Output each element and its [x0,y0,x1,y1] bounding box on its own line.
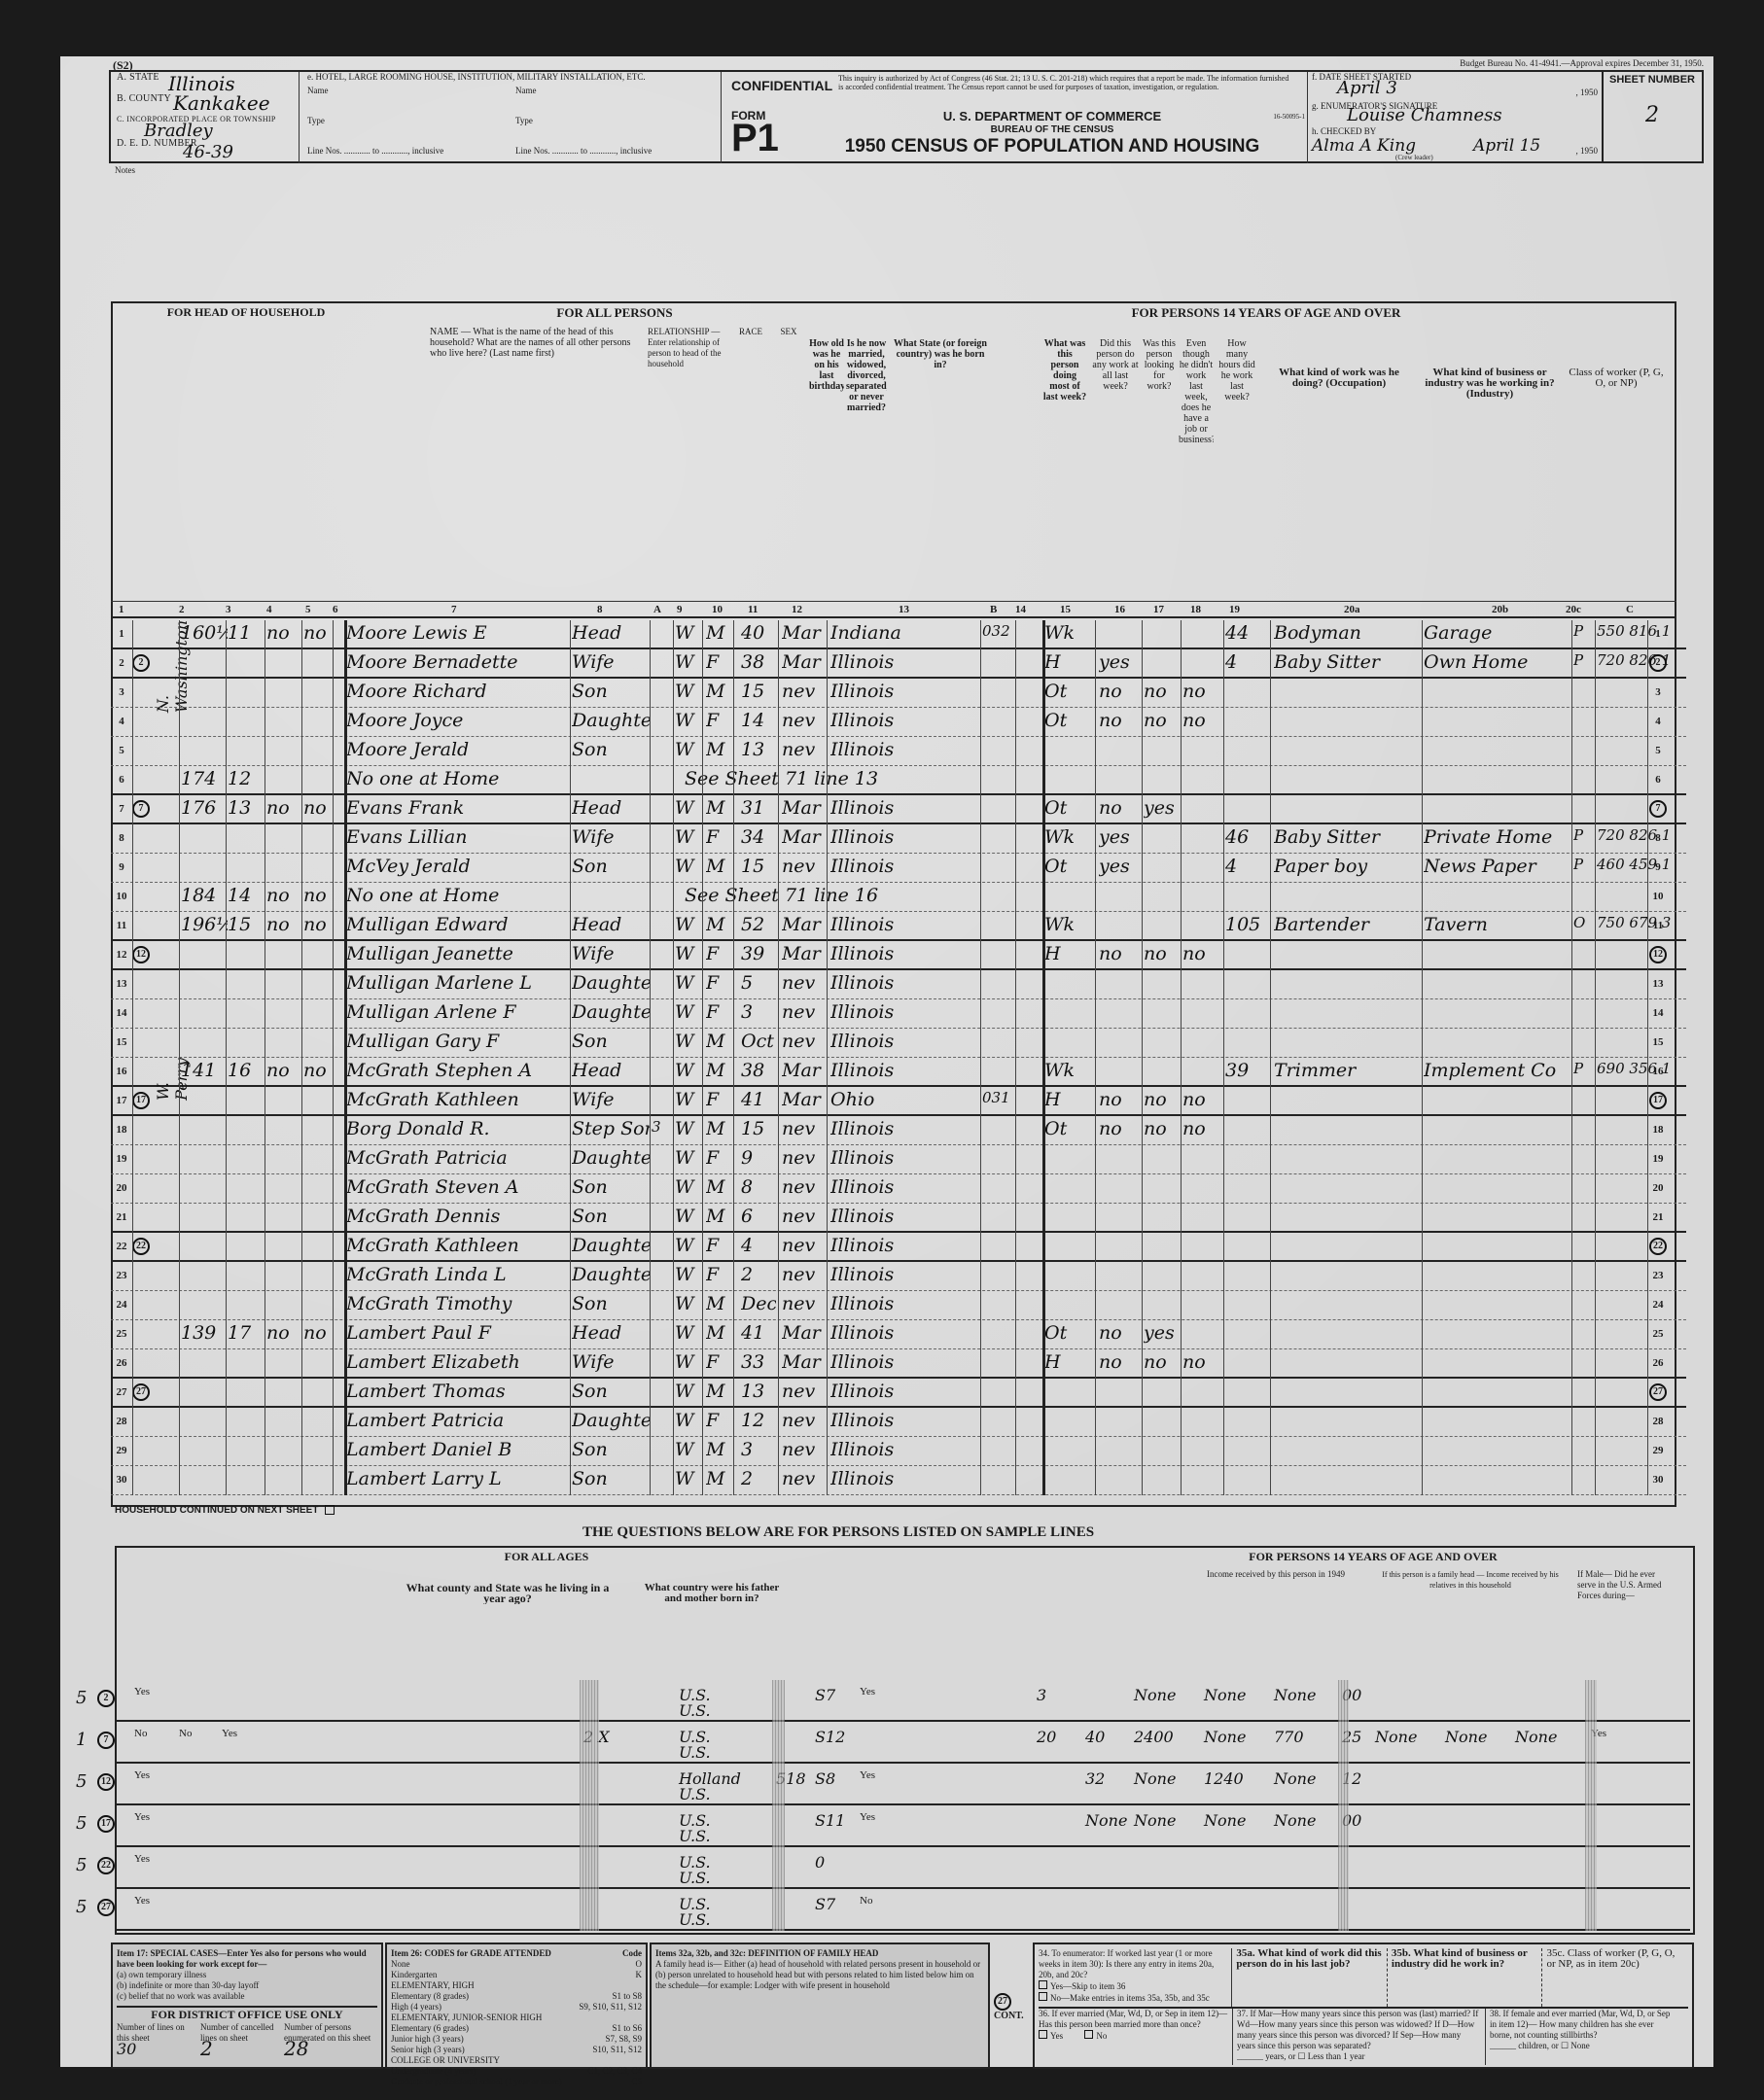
cell-sex: M [706,681,731,702]
sample-finished[interactable]: Yes [860,1686,899,1697]
sample-c21[interactable]: Yes [134,1686,173,1697]
cont-label: CONT. [994,2011,1024,2021]
margin-mark: 5 [76,1688,87,1708]
table-row: 2626Lambert ElizabethWifeWF33MarIllinois… [111,1349,1686,1379]
notes-label: Notes [115,165,135,175]
col-header-looking: Was this person looking for work? [1142,338,1177,392]
cell-race: W [675,856,700,877]
cell-race: W [675,1031,700,1052]
cell-activity: H [1044,1351,1091,1373]
section-head-of-household: FOR HEAD OF HOUSEHOLD [154,305,338,320]
line-number-right: 23 [1649,1270,1667,1281]
col-num-14: 14 [1015,604,1026,615]
cell-serial: 15 [228,914,261,935]
line-number: 22 [113,1241,130,1252]
cell-rel: Daughter [572,1147,650,1169]
cell-name: Moore Bernadette [346,651,570,673]
sample-finished[interactable]: Yes [860,1811,899,1823]
cell-name: Mulligan Edward [346,914,570,935]
family-head-box: Items 32a, 32b, and 32c: DEFINITION OF F… [650,1942,990,2069]
form-number: 16-50095-1 [1273,113,1305,121]
cell-race: W [675,1001,700,1023]
table-row: 77717613nonoEvans FrankHeadWM31MarIllino… [111,795,1686,824]
line-number: 1 [113,628,130,640]
grade-codes-title: Item 26: CODES for GRADE ATTENDED [391,1948,551,1959]
col-num-16: 16 [1114,604,1125,615]
cell-sex: M [706,914,731,935]
line-number: 29 [113,1445,130,1456]
cell-name: McGrath Kathleen [346,1235,570,1256]
grade-code-row: Elementary (6 grades)S1 to S6 [391,2023,642,2034]
grid-line [1015,620,1016,1495]
line-number-right: 14 [1649,1007,1667,1019]
institution-lines-label: Line Nos. ............ to ............, … [307,146,443,156]
cell-birthplace: Illinois [830,1176,976,1198]
grade-codes-list: NoneOKindergartenKELEMENTARY, HIGHElemen… [391,1959,642,2087]
cell-hours: 4 [1225,856,1268,877]
cell-birthplace: Illinois [830,681,976,702]
checked-label: h. CHECKED BY [1312,126,1376,136]
cell-birthplace: Illinois [830,1206,976,1227]
sample-c31c: None [1274,1769,1342,1788]
q36-text: 36. If ever married (Mar, Wd, D, or Sep … [1039,2009,1228,2030]
cell-marital: Mar [782,826,825,848]
sample-c31a: 2400 [1134,1728,1202,1746]
cell-industry: Implement Co [1424,1060,1570,1081]
cell-sex: M [706,622,731,644]
cell-rel: Wife [572,1351,650,1373]
col-header-sex: SEX [774,327,803,337]
line-number: 25 [113,1328,130,1340]
sample-line-marker: 27 [97,1899,115,1916]
cell-sex: F [706,826,731,848]
date-value: April 3 [1337,78,1397,98]
grid-line [132,620,133,1495]
sample-c32b: None [1445,1728,1513,1746]
sample-line-marker: 22 [132,1238,150,1255]
sample-grade: S12 [815,1728,854,1746]
county-value: Kankakee [173,91,270,115]
sample-c21[interactable]: Yes [134,1895,173,1907]
sample-line-marker: 22 [97,1857,115,1874]
q34-yes-option[interactable]: Yes—Skip to item 36 [1039,1980,1227,1992]
cell-age: 2 [741,1468,776,1489]
cell-worked: no [1099,710,1142,731]
leave-blank-shading [1585,1680,1597,1931]
line-number: 23 [113,1270,130,1281]
cell-sex: M [706,1176,731,1198]
sample-c31c: None [1274,1686,1342,1704]
line-number: 7 [113,803,130,815]
cell-activity: Wk [1044,826,1091,848]
q38-answer[interactable]: ______ children, or ☐ None [1490,2041,1676,2051]
grid-line [1571,620,1572,1495]
cell-age: 6 [741,1206,776,1227]
grid-line [1042,620,1045,1495]
table-row: 2929Lambert Daniel BSonWM3nevIllinois [111,1437,1686,1466]
sample-c31b: None [1204,1811,1272,1830]
cell-birthplace: Illinois [830,914,976,935]
grade-code-row: Junior high (3 years)S7, S8, S9 [391,2034,642,2045]
col-header-age: How old was he on his last birthday? [809,338,844,392]
col-header-marital: Is he now married, widowed, divorced, se… [846,338,887,413]
grade-code-row: KindergartenK [391,1970,642,1980]
confidential-text: This inquiry is authorized by Act of Con… [838,74,1295,91]
col-num-13: 13 [899,604,909,615]
cell-race: W [675,943,700,964]
cell-serial: 17 [228,1322,261,1344]
cell-acres: no [303,622,333,644]
cell-race: W [675,1351,700,1373]
cell-hours: 46 [1225,826,1268,848]
cell-race: W [675,1264,700,1285]
cell-rel: Daughter [572,1264,650,1285]
grid-line [827,620,828,1495]
cell-age: 38 [741,651,776,673]
cell-birthplace: Illinois [830,797,976,819]
sample-row: 17NoNoYes2 XU.S.S1220402400None77025None… [115,1722,1690,1764]
cell-marital: nev [782,1410,825,1431]
cell-sex: F [706,651,731,673]
cell-age: 12 [741,1410,776,1431]
cell-activity: Wk [1044,622,1091,644]
sample-line-marker: 7 [132,800,150,818]
col-num-12: 12 [792,604,802,615]
q34-no-option[interactable]: No—Make entries in items 35a, 35b, and 3… [1039,1992,1227,2004]
line-number: 17 [113,1095,130,1106]
grade-code-label: High (4 years) [391,2002,441,2012]
sample-grade: S7 [815,1895,854,1913]
col-header-activity: What was this person doing most of last … [1042,338,1087,402]
sample-row: 527YesU.S.S7NoU.S. [115,1889,1690,1931]
cell-acres: no [303,885,333,906]
leave-blank-shading [580,1680,599,1931]
cell-birthplace: Illinois [830,856,976,877]
q36-no-option[interactable]: No [1084,2031,1107,2041]
cell-rel: Son [572,1206,650,1227]
cell-name: No one at Home [346,768,570,789]
grid-line [179,620,180,1495]
special-case-c: (c) belief that no work was available [117,1991,377,2002]
line-number: 14 [113,1007,130,1019]
grade-code-value: O [636,1959,643,1970]
lines-count-value: 30 [117,2044,194,2054]
cell-has-job: no [1182,1118,1221,1139]
line-number-right: 26 [1649,1357,1667,1369]
grade-code-row: NoneO [391,1959,642,1970]
cell-name: Mulligan Gary F [346,1031,570,1052]
sample-line-marker: 7 [97,1732,115,1749]
cell-rel: Son [572,856,650,877]
institution-type-label: Type [307,116,325,125]
grade-code-row: COLLEGE OR UNIVERSITY [391,2055,642,2066]
cell-age: 41 [741,1322,776,1344]
line-number: 4 [113,716,130,727]
cell-age: 15 [741,856,776,877]
cell-looking: no [1144,1351,1182,1373]
cell-marital: Mar [782,797,825,819]
sample-line-marker: 12 [97,1773,115,1791]
cell-race: W [675,797,700,819]
cell-sex: F [706,1089,731,1110]
cell-sex: M [706,797,731,819]
line-number: 12 [113,949,130,961]
cell-marital: nev [782,681,825,702]
cell-worked: no [1099,1118,1142,1139]
cell-birthplace: Illinois [830,1322,976,1344]
cell-looking: no [1144,1118,1182,1139]
grade-code-label: Elementary (6 grades) [391,2023,469,2034]
cell-sex: M [706,1118,731,1139]
cell-age: 31 [741,797,776,819]
sample-line-marker-right: 27 [1649,1383,1667,1401]
col-num-19: 19 [1229,604,1240,615]
cell-age: 15 [741,681,776,702]
cell-note: See Sheet 71 line 13 [685,768,1035,789]
cell-age: 34 [741,826,776,848]
cell-activity: Ot [1044,797,1091,819]
cell-note: See Sheet 71 line 16 [685,885,1035,906]
cell-looking: no [1144,1089,1182,1110]
grid-line [1422,620,1423,1495]
sample-finished[interactable]: No [860,1895,899,1907]
grade-code-label: Kindergarten [391,1970,437,1980]
cell-worked: no [1099,1089,1142,1110]
cell-acres: no [303,797,333,819]
grade-code-row: ELEMENTARY, JUNIOR-SENIOR HIGH [391,2012,642,2023]
cell-occupation: Baby Sitter [1274,826,1420,848]
line-number: 8 [113,832,130,844]
sheet-number-label: SHEET NUMBER [1608,74,1696,86]
line-number: 2 [113,657,130,669]
cell-birthplace: Illinois [830,1235,976,1256]
cell-rel: Wife [572,651,650,673]
sample-c21[interactable]: No [134,1728,173,1739]
cell-rel: Son [572,1439,650,1460]
cell-marital: nev [782,710,825,731]
form-id: P1 [731,119,779,157]
table-row: 2121McGrath DennisSonWM6nevIllinois [111,1204,1686,1233]
household-continued-label: HOUSEHOLD CONTINUED ON NEXT SHEET [115,1505,335,1516]
leave-blank-shading [772,1680,785,1931]
cell-has-job: no [1182,681,1221,702]
cell-name: Evans Frank [346,797,570,819]
q38-text: 38. If female and ever married (Mar, Wd,… [1490,2009,1676,2041]
cell-sex: F [706,1410,731,1431]
table-row: 44Moore JoyceDaughterWF14nevIllinoisOtno… [111,708,1686,737]
col-num-6: 6 [333,604,338,615]
cell-birthplace: Illinois [830,1439,976,1460]
cell-industry: Garage [1424,622,1570,644]
grade-code-label: ELEMENTARY, HIGH [391,1980,475,1991]
sample-c21[interactable]: Yes [134,1769,173,1781]
county-label: b. COUNTY [117,93,171,104]
cell-hours: 44 [1225,622,1268,644]
cell-hours: 39 [1225,1060,1268,1081]
section-persons-14: FOR PERSONS 14 YEARS OF AGE AND OVER [994,305,1538,321]
state-label: a. STATE [117,72,159,83]
table-row: 2424McGrath TimothySonWMDecnevIllinois [111,1291,1686,1320]
cell-marital: Mar [782,1351,825,1373]
cell-house: 139 [181,1322,228,1344]
table-row: 101018414nonoNo one at HomeSee Sheet 71 … [111,883,1686,912]
confidential-label: CONFIDENTIAL [731,78,832,93]
col-num-18: 18 [1190,604,1201,615]
sample-mother: U.S. [679,1869,711,1887]
line-number-right: 25 [1649,1328,1667,1340]
cell-marital: nev [782,1147,825,1169]
table-row: 1919McGrath PatriciaDaughterWF9nevIllino… [111,1145,1686,1174]
grade-codes-box: Item 26: CODES for GRADE ATTENDED Code N… [385,1942,648,2069]
cell-age: 41 [741,1089,776,1110]
col-num-20c: 20c [1566,604,1581,615]
cell-race: W [675,826,700,848]
cell-sex: M [706,1381,731,1402]
sheet-info-block: f. DATE SHEET STARTED April 3 , 1950 g. … [1307,72,1604,163]
cell-rel: Son [572,739,650,760]
cell-sex: F [706,1264,731,1285]
line-number-right: 28 [1649,1416,1667,1427]
cell-name: Moore Richard [346,681,570,702]
col-header-armed-forces: If Male— Did he ever serve in the U.S. A… [1577,1569,1675,1601]
col-header-occupation: What kind of work was he doing? (Occupat… [1266,367,1412,389]
col-header-worked: Did this person do any work at all last … [1091,338,1140,392]
sample-c31c: 770 [1274,1728,1342,1746]
col-header-relationship: RELATIONSHIP — Enter relationship of per… [648,327,725,369]
cell-worked: yes [1099,826,1142,848]
cell-looking: no [1144,681,1182,702]
grid-line [702,620,703,1495]
grade-code-label: Junior high (3 years) [391,2034,464,2045]
cell-name: McVey Jerald [346,856,570,877]
col-num-17: 17 [1153,604,1164,615]
col-num-A: A [653,604,661,615]
sample-c22[interactable]: No [179,1728,218,1739]
cell-farm: no [266,914,303,935]
sample-finished[interactable]: Yes [860,1769,899,1781]
table-row: 222222McGrath KathleenDaughterWF4nevIlli… [111,1233,1686,1262]
cell-rel: Head [572,1322,650,1344]
cell-looking: yes [1144,1322,1182,1344]
line-number: 20 [113,1182,130,1194]
cell-marital: Mar [782,914,825,935]
sample-c31a: None [1134,1811,1202,1830]
col-header-family-income-group: If this person is a family head — Income… [1373,1569,1568,1591]
grade-code-row: ELEMENTARY, HIGH [391,1980,642,1991]
grade-code-row: High (4 years)S9, S10, S11, S12 [391,2002,642,2012]
cell-race: W [675,1060,700,1081]
sheet-number-value: 2 [1608,103,1696,127]
cell-rel: Daughter [572,972,650,994]
cell-marital: nev [782,1235,825,1256]
cell-birthplace: Illinois [830,1381,976,1402]
cell-age: Dec [741,1293,776,1314]
sample-row: 517YesU.S.S11YesNoneNoneNoneNone00U.S. [115,1805,1690,1847]
grid-line [301,620,302,1495]
cell-sex: M [706,739,731,760]
cell-name: Mulligan Arlene F [346,1001,570,1023]
bureau-name: BUREAU OF THE CENSUS [867,124,1237,135]
line-number: 15 [113,1036,130,1048]
cell-activity: H [1044,1089,1091,1110]
table-row: 99McVey JeraldSonWM15nevIllinoisOtyes4Pa… [111,854,1686,883]
q37-answer[interactable]: ______ years, or ☐ Less than 1 year [1237,2051,1481,2062]
cell-serial: 11 [228,622,261,644]
cell-marital: nev [782,1206,825,1227]
sample-grade: 0 [815,1853,854,1872]
cell-birthplace: Ohio [830,1089,976,1110]
grid-line [1270,620,1271,1495]
col-header-hours: How many hours did he work last week? [1217,338,1256,402]
cell-sex: F [706,1147,731,1169]
title-block: CONFIDENTIAL This inquiry is authorized … [731,74,1305,163]
table-row: 2020McGrath Steven ASonWM8nevIllinois [111,1174,1686,1204]
sample-line-marker-right: 22 [1649,1238,1667,1255]
cell-marital: nev [782,856,825,877]
margin-mark: 1 [76,1730,87,1750]
household-continued-checkbox[interactable] [325,1505,335,1515]
grade-code-value: S7, S8, S9 [605,2034,642,2045]
line-number: 19 [113,1153,130,1165]
cell-name: McGrath Linda L [346,1264,570,1285]
cell-serial: 12 [228,768,261,789]
col-num-5: 5 [305,604,311,615]
cell-rel: Son [572,1381,650,1402]
cell-rel: Daughter [572,1235,650,1256]
col-header-industry: What kind of business or industry was he… [1417,367,1563,400]
sample-weeks-looking: 3 [1037,1686,1079,1704]
cell-activity: H [1044,943,1091,964]
cell-name: Lambert Elizabeth [346,1351,570,1373]
cell-rel: Wife [572,1089,650,1110]
section-all-persons: FOR ALL PERSONS [342,305,887,321]
cell-marital: nev [782,1381,825,1402]
cell-marital: nev [782,1293,825,1314]
column-number-strip: 1 2 3 4 5 6 7 8 A 9 10 11 12 13 B 14 15 … [111,601,1676,618]
cell-class: P [1573,1060,1593,1077]
q36-yes-option[interactable]: Yes [1039,2031,1063,2041]
cell-age: 14 [741,710,776,731]
cell-age: 2 [741,1264,776,1285]
cell-rel: Head [572,797,650,819]
cell-rel: Step Son [572,1118,650,1139]
cell-race: W [675,1293,700,1314]
cell-rel: Son [572,1293,650,1314]
cell-marital: nev [782,972,825,994]
sample-c23[interactable]: Yes [222,1728,261,1739]
cell-code-c: 720 826 1 [1597,826,1694,844]
cell-code-c: 750 679 3 [1597,914,1694,931]
table-row: 88Evans LillianWifeWF34MarIllinoisWkyes4… [111,824,1686,854]
sample-c31b: 1240 [1204,1769,1272,1788]
cell-looking: no [1144,710,1182,731]
cell-name: Mulligan Marlene L [346,972,570,994]
cell-code-b: 031 [982,1089,1011,1106]
cell-activity: Ot [1044,1322,1091,1344]
sample-c21[interactable]: Yes [134,1811,173,1823]
grid-line [650,620,651,1495]
cell-age: 4 [741,1235,776,1256]
line-number-right: 18 [1649,1124,1667,1136]
sample-c21[interactable]: Yes [134,1853,173,1865]
cell-class: O [1573,914,1593,931]
table-row: 1515Mulligan Gary FSonWMOctnevIllinois [111,1029,1686,1058]
cell-marital: Mar [782,1089,825,1110]
form-title: 1950 CENSUS OF POPULATION AND HOUSING [829,136,1276,157]
cell-birthplace: Illinois [830,1468,976,1489]
cell-farm: no [266,885,303,906]
cell-rel: Head [572,1060,650,1081]
